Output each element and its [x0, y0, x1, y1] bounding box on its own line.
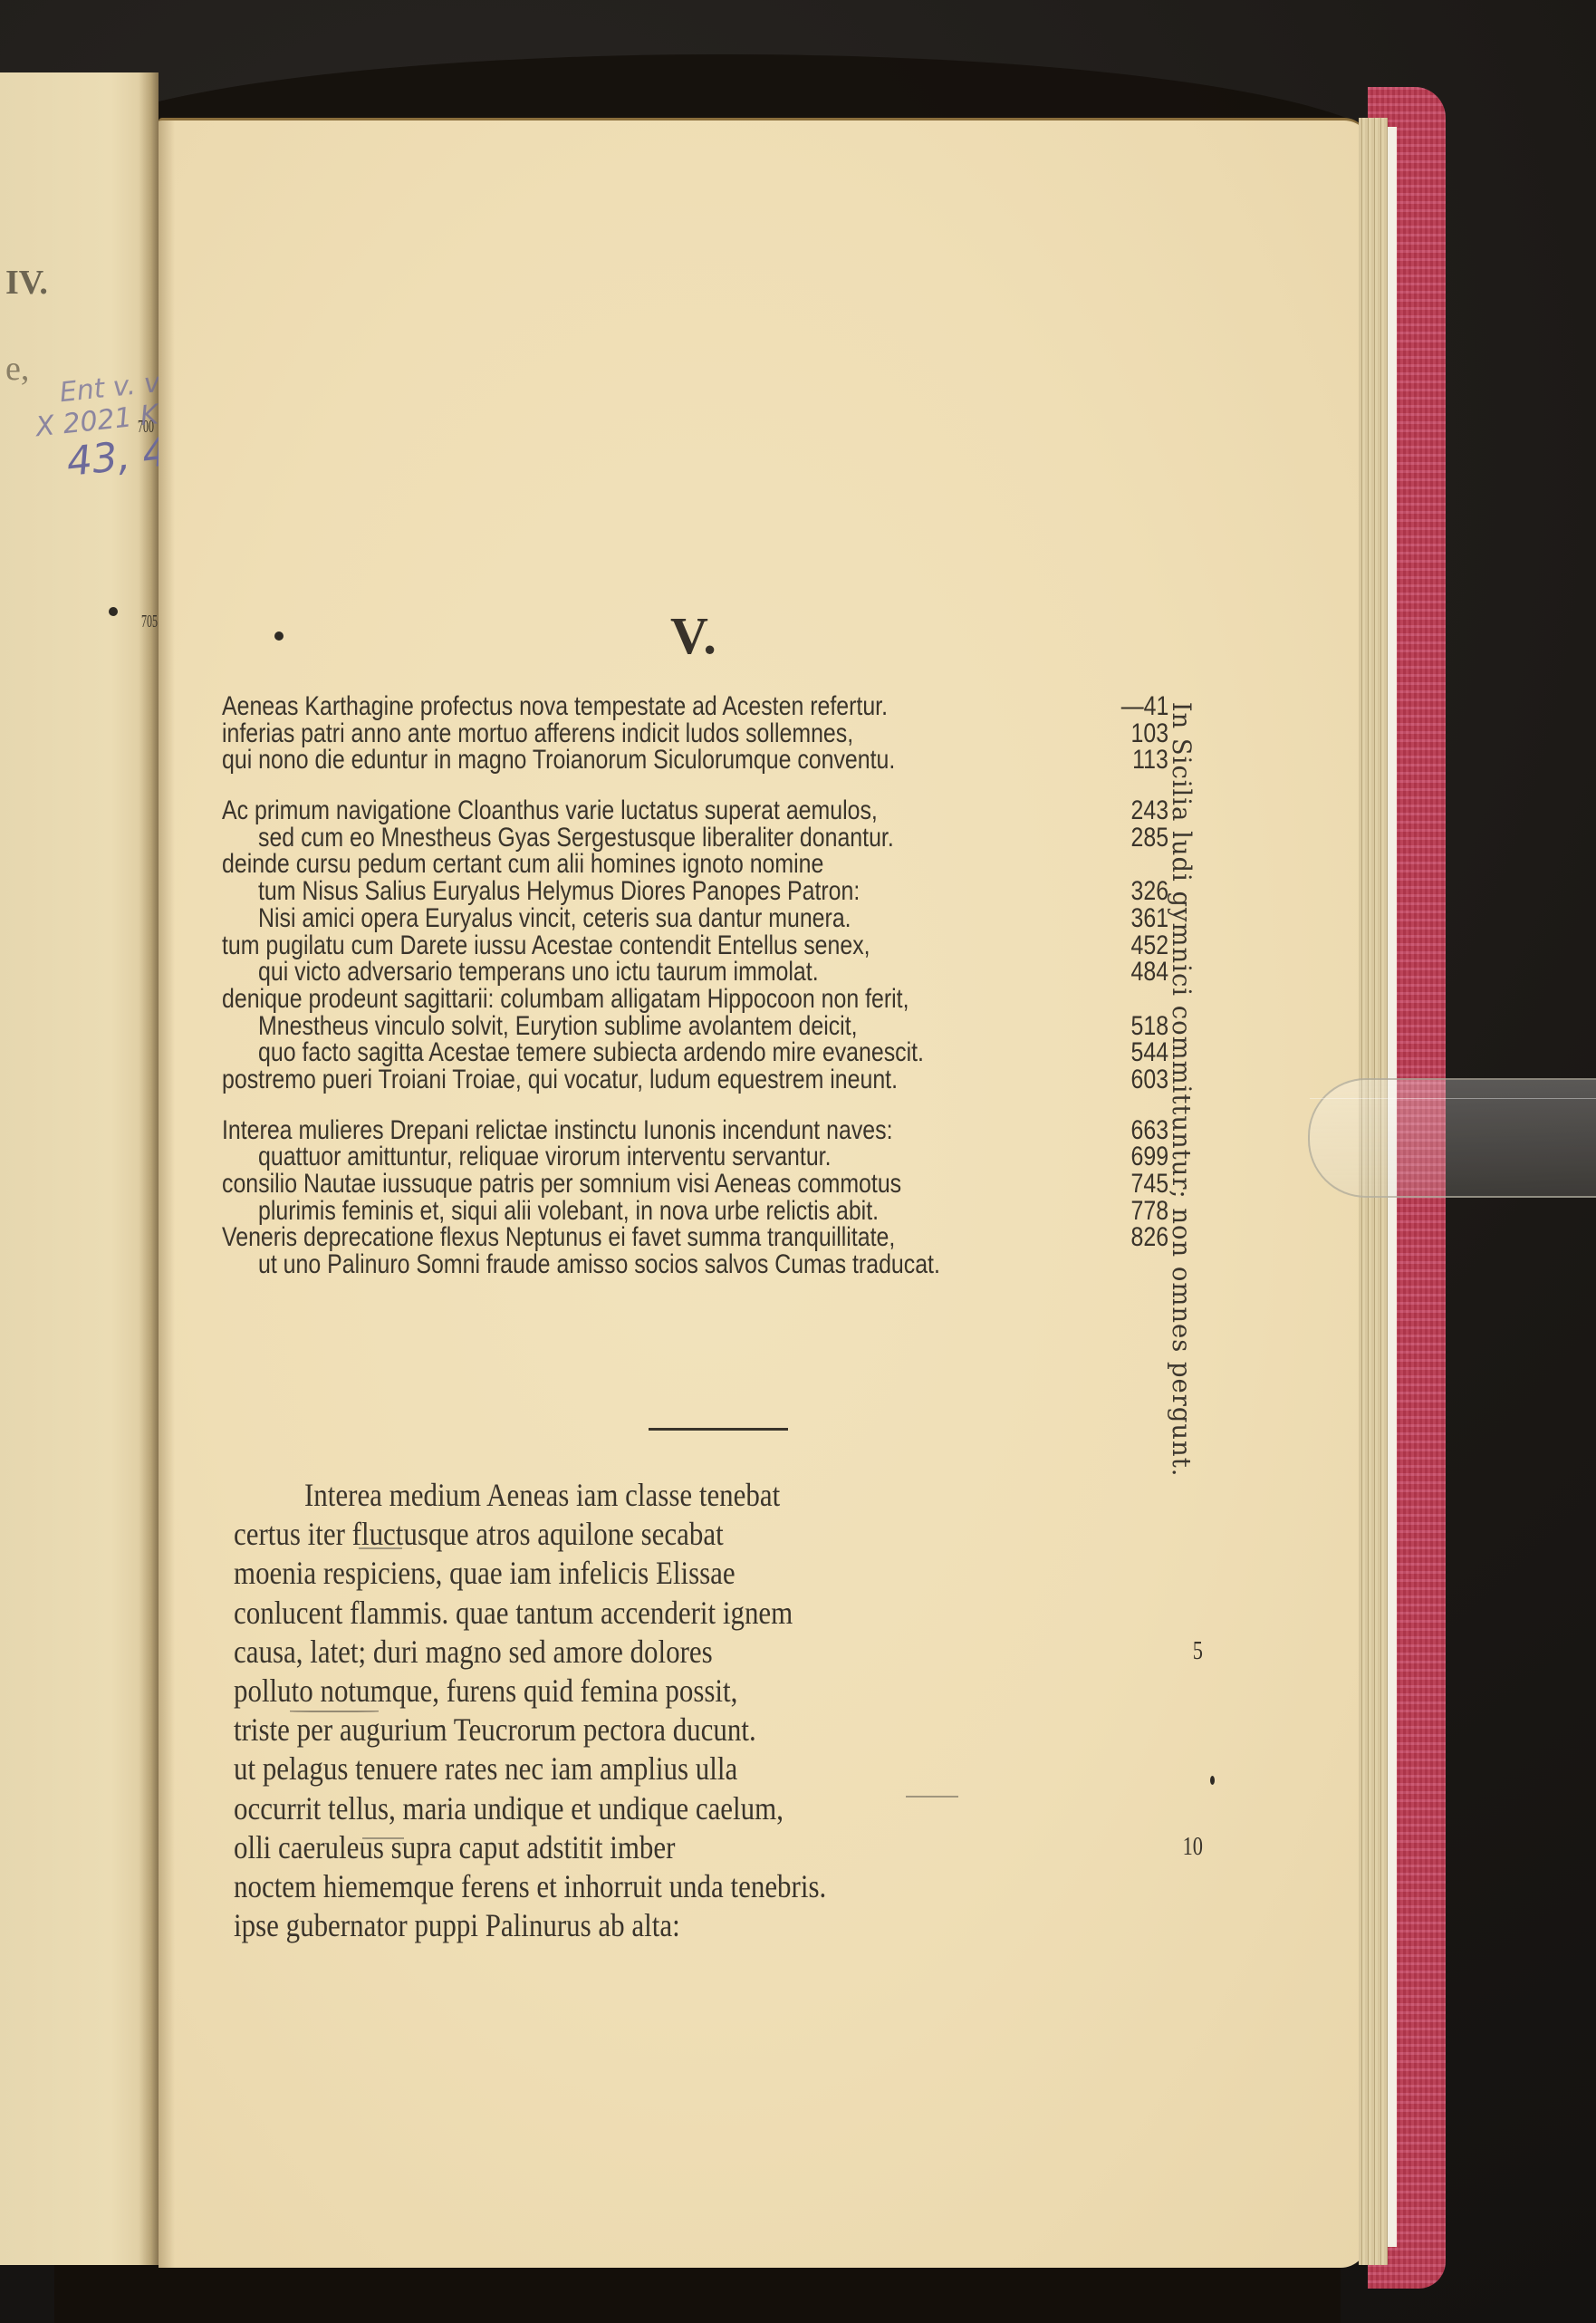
- summary-line-number: 113: [1132, 747, 1168, 774]
- verse-text: ut pelagus tenuere rates nec iam amplius…: [234, 1749, 737, 1788]
- verse-text: noctem hiememque ferens et inhorruit und…: [234, 1866, 826, 1906]
- summary-line-number: 826: [1130, 1224, 1168, 1251]
- summary-line-text: deinde cursu pedum certant cum alii homi…: [222, 851, 823, 878]
- summary-gap: [222, 774, 1168, 797]
- summary-line-number: 285: [1130, 824, 1168, 852]
- verse-line: Interea medium Aeneas iam classe tenebat: [234, 1475, 1203, 1514]
- summary-line: quattuor amittuntur, reliquae virorum in…: [222, 1143, 1168, 1171]
- verse-text: conlucent flammis. quae tantum accenderi…: [234, 1593, 793, 1633]
- verse-text: causa, latet; duri magno sed amore dolor…: [234, 1632, 713, 1672]
- summary-line-text: inferias patri anno ante mortuo afferens…: [222, 720, 853, 747]
- verse-line: ipse gubernator puppi Palinurus ab alta:: [234, 1905, 1203, 1944]
- summary-line-text: Interea mulieres Drepani relictae instin…: [222, 1117, 893, 1144]
- verse-line: noctem hiememque ferens et inhorruit und…: [234, 1866, 1203, 1905]
- summary-line-text: qui victo adversario temperans uno ictu …: [258, 959, 819, 986]
- summary-line-number: 663: [1130, 1117, 1168, 1144]
- summary-line: Aeneas Karthagine profectus nova tempest…: [222, 693, 1168, 720]
- summary-line: sed cum eo Mnestheus Gyas Sergestusque l…: [222, 824, 1168, 852]
- verse-line-number: 10: [1183, 1827, 1203, 1867]
- summary-line-text: quattuor amittuntur, reliquae virorum in…: [258, 1143, 832, 1171]
- verse-text: triste per augurium Teucrorum pectora du…: [234, 1710, 756, 1749]
- summary-line-text: Aeneas Karthagine profectus nova tempest…: [222, 693, 888, 720]
- summary-line-number: 745: [1130, 1171, 1168, 1198]
- summary-line: qui victo adversario temperans uno ictu …: [222, 959, 1168, 986]
- summary-line-text: tum pugilatu cum Darete iussu Acestae co…: [222, 932, 870, 959]
- left-page-header-fragment: IV.: [5, 263, 48, 303]
- summary-line-number: 778: [1130, 1198, 1168, 1225]
- verse-line: triste per augurium Teucrorum pectora du…: [234, 1710, 1203, 1749]
- summary-line: consilio Nautae iussuque patris per somn…: [222, 1171, 1168, 1198]
- summary-line: Mnestheus vinculo solvit, Eurytion subli…: [222, 1013, 1168, 1040]
- summary-line: inferias patri anno ante mortuo afferens…: [222, 720, 1168, 747]
- summary-line-number: 326: [1130, 878, 1168, 905]
- summary-line: denique prodeunt sagittarii: columbam al…: [222, 986, 1168, 1013]
- summary-line: deinde cursu pedum certant cum alii homi…: [222, 851, 1168, 878]
- summary-line: quo facto sagitta Acestae temere subiect…: [222, 1039, 1168, 1066]
- gutter-shadow: [159, 120, 175, 2268]
- chapter-marker: V.: [670, 605, 718, 666]
- summary-line-text: postremo pueri Troiani Troiae, qui vocat…: [222, 1066, 898, 1094]
- pencil-underline: [359, 1547, 402, 1549]
- summary-line-number: —41: [1120, 693, 1168, 720]
- verse-line: causa, latet; duri magno sed amore dolor…: [234, 1632, 1203, 1671]
- summary-line: tum pugilatu cum Darete iussu Acestae co…: [222, 932, 1168, 959]
- summary-line-number: 484: [1130, 959, 1168, 986]
- summary-line: plurimis feminis et, siqui alii volebant…: [222, 1198, 1168, 1225]
- summary-line-number: 699: [1130, 1143, 1168, 1171]
- summary-line-text: Veneris deprecatione flexus Neptunus ei …: [222, 1224, 895, 1251]
- verse-text: ipse gubernator puppi Palinurus ab alta:: [234, 1905, 680, 1945]
- left-page: IV. e, 700 705 Ent v. verz X 2021 Kan 43…: [0, 72, 159, 2265]
- summary-line: Ac primum navigatione Cloanthus varie lu…: [222, 797, 1168, 824]
- verse-line: olli caeruleus supra caput adstitit imbe…: [234, 1827, 1203, 1866]
- summary-line-text: Nisi amici opera Euryalus vincit, ceteri…: [258, 905, 851, 932]
- book-argument-summary: Aeneas Karthagine profectus nova tempest…: [222, 693, 1168, 1278]
- summary-line-number: 361: [1130, 905, 1168, 932]
- summary-line-text: plurimis feminis et, siqui alii volebant…: [258, 1198, 879, 1225]
- summary-line-text: tum Nisus Salius Euryalus Helymus Diores…: [258, 878, 860, 905]
- summary-line-number: 452: [1130, 932, 1168, 959]
- ink-dot: [274, 631, 284, 641]
- summary-line-number: 518: [1130, 1013, 1168, 1040]
- summary-line: Veneris deprecatione flexus Neptunus ei …: [222, 1224, 1168, 1251]
- verse-text: polluto notumque, furens quid femina pos…: [234, 1671, 737, 1711]
- summary-line-text: Mnestheus vinculo solvit, Eurytion subli…: [258, 1013, 858, 1040]
- ink-mark: [1210, 1776, 1215, 1785]
- verse-text: certus iter fluctusque atros aquilone se…: [234, 1514, 724, 1554]
- side-note-text: In Sicilia ludi gymnici committuntur; no…: [1167, 702, 1197, 1478]
- verse-text: moenia respiciens, quae iam infelicis El…: [234, 1553, 736, 1593]
- summary-line-text: qui nono die eduntur in magno Troianorum…: [222, 747, 895, 774]
- summary-line-number: 103: [1130, 720, 1168, 747]
- verse-line: conlucent flammis. quae tantum accenderi…: [234, 1593, 1203, 1632]
- pencil-underline: [906, 1796, 958, 1798]
- left-line-number: 705: [141, 612, 158, 632]
- summary-line: tum Nisus Salius Euryalus Helymus Diores…: [222, 878, 1168, 905]
- page-clip-bookmark: [1308, 1078, 1596, 1198]
- section-divider-rule: [649, 1428, 788, 1431]
- pencil-underline: [290, 1711, 379, 1712]
- pencil-underline: [362, 1837, 404, 1839]
- summary-line-text: quo facto sagitta Acestae temere subiect…: [258, 1039, 924, 1066]
- summary-line-text: denique prodeunt sagittarii: columbam al…: [222, 986, 909, 1013]
- summary-line-number: 243: [1130, 797, 1168, 824]
- ink-dot: [109, 607, 118, 616]
- summary-line: qui nono die eduntur in magno Troianorum…: [222, 747, 1168, 774]
- summary-gap: [222, 1094, 1168, 1117]
- verse-line: occurrit tellus, maria undique et undiqu…: [234, 1788, 1203, 1827]
- summary-line-text: consilio Nautae iussuque patris per somn…: [222, 1171, 901, 1198]
- summary-line-number: 544: [1130, 1039, 1168, 1066]
- summary-line-text: sed cum eo Mnestheus Gyas Sergestusque l…: [258, 824, 894, 852]
- verse-line-number: 5: [1193, 1632, 1203, 1672]
- marginal-side-note: In Sicilia ludi gymnici committuntur; no…: [1167, 694, 1199, 1383]
- summary-line-text: Ac primum navigatione Cloanthus varie lu…: [222, 797, 878, 824]
- summary-line-number: 603: [1130, 1066, 1168, 1094]
- left-page-text-fragment: e,: [5, 349, 29, 389]
- summary-line: ut uno Palinuro Somni fraude amisso soci…: [222, 1251, 1168, 1278]
- verse-line: polluto notumque, furens quid femina pos…: [234, 1671, 1203, 1710]
- summary-line: Nisi amici opera Euryalus vincit, ceteri…: [222, 905, 1168, 932]
- verse-line: ut pelagus tenuere rates nec iam amplius…: [234, 1749, 1203, 1788]
- verse-line: moenia respiciens, quae iam infelicis El…: [234, 1553, 1203, 1592]
- summary-line: postremo pueri Troiani Troiae, qui vocat…: [222, 1066, 1168, 1094]
- verse-text: olli caeruleus supra caput adstitit imbe…: [234, 1827, 675, 1867]
- summary-line-text: ut uno Palinuro Somni fraude amisso soci…: [258, 1251, 940, 1278]
- verse-text: occurrit tellus, maria undique et undiqu…: [234, 1788, 784, 1828]
- poem-text: Interea medium Aeneas iam classe tenebat…: [234, 1475, 1203, 1944]
- summary-line: Interea mulieres Drepani relictae instin…: [222, 1117, 1168, 1144]
- verse-text: Interea medium Aeneas iam classe tenebat: [304, 1475, 780, 1515]
